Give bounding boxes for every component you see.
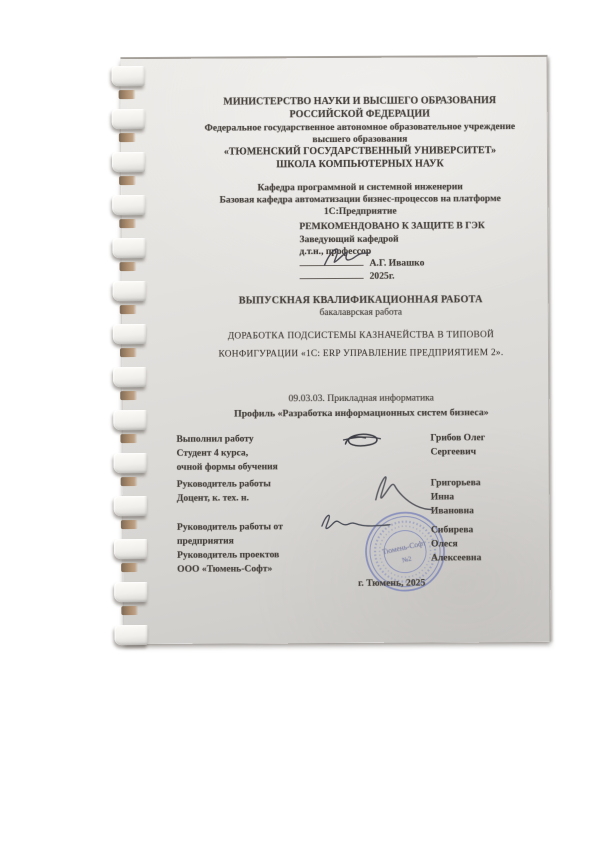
- city-year-line: г. Тюмень, 2025: [309, 577, 474, 589]
- department-line-3: 1С:Предприятие: [121, 205, 547, 220]
- school-name: ШКОЛА КОМПЬЮТЕРНЫХ НАУК: [121, 158, 547, 173]
- approval-year: 2025г.: [370, 271, 395, 282]
- binding-tooth: [113, 410, 146, 430]
- head-signature-icon: [321, 241, 373, 271]
- binding-tooth: [114, 496, 147, 516]
- name-line: Ивановна: [431, 504, 481, 518]
- name-line: Инна: [431, 490, 481, 504]
- binding-gap: [120, 305, 137, 314]
- name-line: Сергеевич: [430, 445, 485, 459]
- role-line: Руководитель работы от: [177, 520, 283, 535]
- title-page-content: МИНИСТЕРСТВО НАУКИ И ВЫСШЕГО ОБРАЗОВАНИЯ…: [120, 57, 549, 644]
- binding-tooth: [114, 625, 147, 645]
- name-line: Грибов Олег: [430, 431, 485, 445]
- name-line: Алексеевна: [431, 551, 481, 565]
- role-line: Доцент, к. тех. н.: [177, 491, 271, 505]
- work-subtype: бакалаврская работа: [122, 307, 548, 319]
- binding-gap: [119, 133, 136, 142]
- student-name: Грибов Олег Сергеевич: [430, 431, 485, 459]
- binding-tooth: [114, 453, 147, 473]
- advisor-name: Григорьева Инна Ивановна: [431, 476, 481, 518]
- binding-tooth: [112, 238, 145, 258]
- program-code: 09.03.03. Прикладная информатика: [122, 392, 548, 405]
- binding-tooth: [113, 367, 146, 387]
- role-line: ООО «Тюмень-Софт»: [177, 562, 283, 577]
- advisor-role: Руководитель работы Доцент, к. тех. н.: [177, 477, 271, 505]
- binding-tooth: [112, 152, 145, 172]
- role-line: Студент 4 курса,: [177, 446, 278, 461]
- program-profile: Профиль «Разработка информационных систе…: [122, 407, 548, 420]
- name-line: Сибирева: [431, 523, 481, 537]
- role-line: Выполнил работу: [176, 432, 277, 447]
- work-title-line-2: КОНФИГУРАЦИИ «1С: ERP УПРАВЛЕНИЕ ПРЕДПРИ…: [122, 348, 548, 360]
- binding-tooth: [112, 66, 145, 86]
- photo-background: МИНИСТЕРСТВО НАУКИ И ВЫСШЕГО ОБРАЗОВАНИЯ…: [0, 0, 595, 841]
- binding-gap: [120, 391, 137, 400]
- work-title-line-1: ДОРАБОТКА ПОДСИСТЕМЫ КАЗНАЧЕЙСТВА В ТИПО…: [122, 330, 548, 342]
- binding-tooth: [114, 539, 147, 559]
- binding-gap: [121, 520, 138, 529]
- company-supervisor-name: Сибирева Олеся Алексеевна: [431, 523, 481, 565]
- head-name: А.Г. Ивашко: [370, 258, 425, 269]
- signature-line: [300, 270, 364, 279]
- binding-gap: [119, 176, 136, 185]
- role-line: предприятия: [177, 534, 283, 549]
- role-line: очной формы обучения: [177, 460, 278, 475]
- binding-gap: [120, 348, 137, 357]
- company-supervisor-role: Руководитель работы от предприятия Руков…: [177, 520, 283, 577]
- binding-comb: [111, 61, 150, 646]
- binding-gap: [120, 262, 137, 271]
- binding-gap: [121, 477, 138, 486]
- role-line: Руководитель проектов: [177, 548, 283, 563]
- binding-gap: [121, 563, 138, 572]
- binding-gap: [121, 606, 138, 615]
- binding-tooth: [114, 582, 147, 602]
- student-signature-icon: [339, 430, 383, 456]
- recommended-line: РЕМКОМЕНДОВАНО К ЗАЩИТЕ В ГЭК: [299, 220, 484, 233]
- work-type: ВЫПУСКНАЯ КВАЛИФИКАЦИОННАЯ РАБОТА: [122, 294, 548, 307]
- binding-gap: [119, 219, 136, 228]
- binding-tooth: [112, 195, 145, 215]
- binding-gap: [119, 90, 136, 99]
- student-role: Выполнил работу Студент 4 курса, очной ф…: [176, 432, 277, 475]
- role-line: Руководитель работы: [177, 477, 271, 491]
- binding-tooth: [113, 281, 146, 301]
- name-line: Григорьева: [431, 476, 481, 490]
- binding-tooth: [113, 324, 146, 344]
- binding-tooth: [112, 109, 145, 129]
- name-line: Олеся: [431, 537, 481, 551]
- company-signature-icon: [318, 510, 408, 536]
- year-line: 2025г.: [300, 270, 395, 284]
- document-sheet: МИНИСТЕРСТВО НАУКИ И ВЫСШЕГО ОБРАЗОВАНИЯ…: [120, 57, 550, 644]
- binding-gap: [120, 434, 137, 443]
